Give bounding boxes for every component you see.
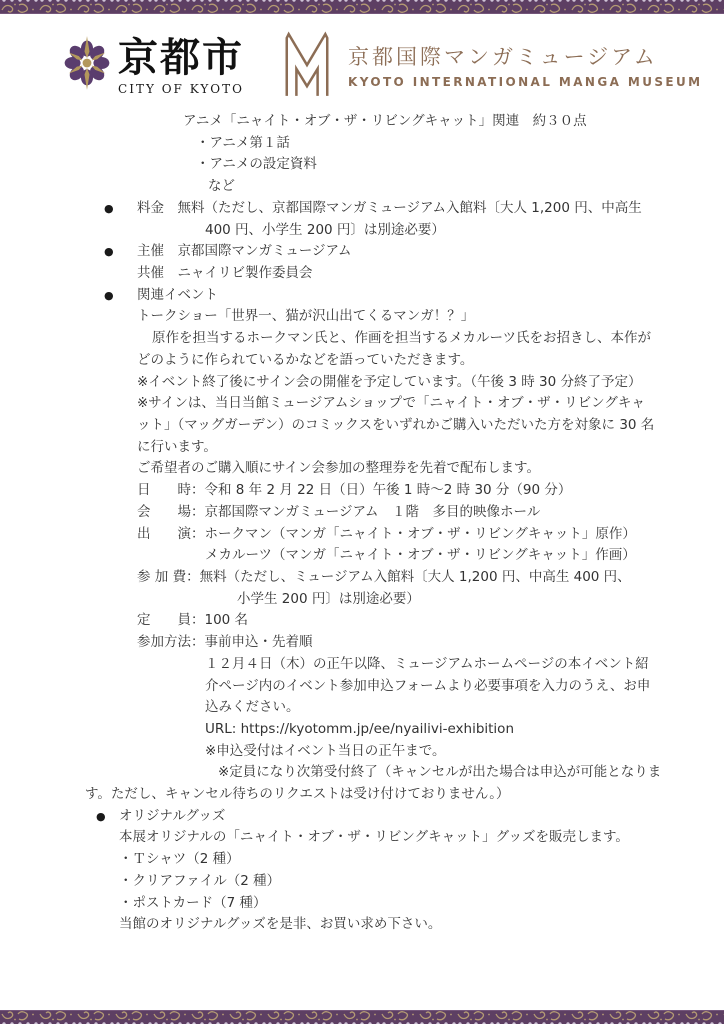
- related-event-heading: 関連イベント: [137, 285, 218, 307]
- body-line: 介ページ内のイベント参加申込フォームより必要事項を入力のうえ、お申: [205, 676, 650, 698]
- goods-line: 本展オリジナルの「ニャイト・オブ・ザ・リビングキャット」グッズを販売します。: [119, 827, 629, 849]
- event-url-line: URL: https://kyotomm.jp/ee/nyailivi-exhi…: [205, 719, 514, 741]
- manga-museum-logo: 京都国際マンガミュージアム KYOTO INTERNATIONAL MANGA …: [280, 30, 702, 100]
- goods-line: ・ポストカード（7 種）: [119, 893, 266, 915]
- museum-subtitle: KYOTO INTERNATIONAL MANGA MUSEUM: [348, 75, 702, 89]
- museum-title: 京都国際マンガミュージアム: [348, 42, 702, 72]
- event-cast-line: 出 演：ホークマン（マンガ「ニャイト・オブ・ザ・リビングキャット」原作）: [137, 524, 636, 546]
- event-fee-line: 小学生 200 円〕は別途必要）: [237, 589, 420, 611]
- body-line: 込みください。: [205, 697, 300, 719]
- body-line: どのように作られているかなどを語っていただきます。: [137, 350, 473, 372]
- document-page: 京都市 CITY OF KYOTO 京都国際マンガミュージアム KYOTO IN…: [0, 0, 724, 1024]
- body-line: 400 円、小学生 200 円〕は別途必要）: [205, 220, 445, 242]
- note-line: ット」（マッグガーデン）のコミックスをいずれかご購入いただいた方を対象に 30 …: [137, 415, 654, 437]
- decorative-border-top: [0, 0, 724, 14]
- kyoto-city-logo: 京都市 CITY OF KYOTO: [64, 36, 244, 96]
- note-line: ※イベント終了後にサイン会の開催を予定しています。（午後 3 時 30 分終了予…: [137, 372, 641, 394]
- kyoto-city-emblem-icon: [64, 36, 110, 90]
- bullet-icon: ●: [104, 241, 114, 263]
- kyoto-city-title: 京都市: [118, 36, 244, 80]
- event-fee-line: 参 加 費：無料（ただし、ミュージアム入館料〔大人 1,200 円、中高生 40…: [137, 567, 631, 589]
- note-line: に行います。: [137, 437, 217, 459]
- exhibit-summary-line: アニメ「ニャイト・オブ・ザ・リビングキャット」関連 約３０点: [183, 111, 587, 133]
- body-line: ・アニメ第１話: [196, 133, 290, 155]
- note-line: ※定員になり次第受付終了（キャンセルが出た場合は申込が可能となりま: [218, 762, 661, 784]
- kyoto-city-subtitle: CITY OF KYOTO: [118, 82, 244, 96]
- note-line: ※サインは、当日当館ミュージアムショップで「ニャイト・オブ・ザ・リビングキャ: [137, 393, 645, 415]
- goods-heading: オリジナルグッズ: [119, 806, 225, 828]
- event-cast-line: メカルーツ（マンガ「ニャイト・オブ・ザ・リビングキャット」作画）: [205, 545, 636, 567]
- decorative-border-bottom: [0, 1010, 724, 1024]
- fee-line: 料金 無料（ただし、京都国際マンガミュージアム入館料〔大人 1,200 円、中高…: [137, 198, 642, 220]
- co-organizer-line: 共催 ニャイリビ製作委員会: [137, 263, 313, 285]
- note-line: す。ただし、キャンセル待ちのリクエストは受け付けておりません。）: [85, 784, 509, 806]
- goods-line: ・クリアファイル（2 種）: [119, 871, 280, 893]
- goods-line: ・Ｔシャツ（2 種）: [119, 849, 240, 871]
- header: 京都市 CITY OF KYOTO 京都国際マンガミュージアム KYOTO IN…: [0, 30, 724, 108]
- note-line: ご希望者のご購入順にサイン会参加の整理券を先着で配布します。: [137, 458, 540, 480]
- body-line: 原作を担当するホークマン氏と、作画を担当するメカルーツ氏をお招きし、本作が: [152, 328, 651, 350]
- goods-line: 当館のオリジナルグッズを是非、お買い求め下さい。: [119, 914, 441, 936]
- talkshow-title-line: トークショー「世界一、猫が沢山出てくるマンガ！？」: [137, 306, 474, 328]
- manga-museum-monogram-icon: [280, 30, 334, 100]
- organizer-line: 主催 京都国際マンガミュージアム: [137, 241, 352, 263]
- event-date-line: 日 時：令和 8 年 2 月 22 日（日）午後 1 時～2 時 30 分（90…: [137, 480, 571, 502]
- event-venue-line: 会 場：京都国際マンガミュージアム １階 多目的映像ホール: [137, 502, 540, 524]
- body-line: １２月４日（木）の正午以降、ミュージアムホームページの本イベント紹: [205, 654, 649, 676]
- bullet-icon: ●: [104, 285, 114, 307]
- bullet-icon: ●: [104, 198, 114, 220]
- body-line: など: [208, 176, 235, 198]
- note-line: ※申込受付はイベント当日の正午まで。: [205, 741, 446, 763]
- bullet-icon: ●: [96, 806, 106, 828]
- capacity-line: 定 員：100 名: [137, 610, 248, 632]
- body-line: ・アニメの設定資料: [196, 154, 317, 176]
- application-method-line: 参加方法：事前申込・先着順: [137, 632, 313, 654]
